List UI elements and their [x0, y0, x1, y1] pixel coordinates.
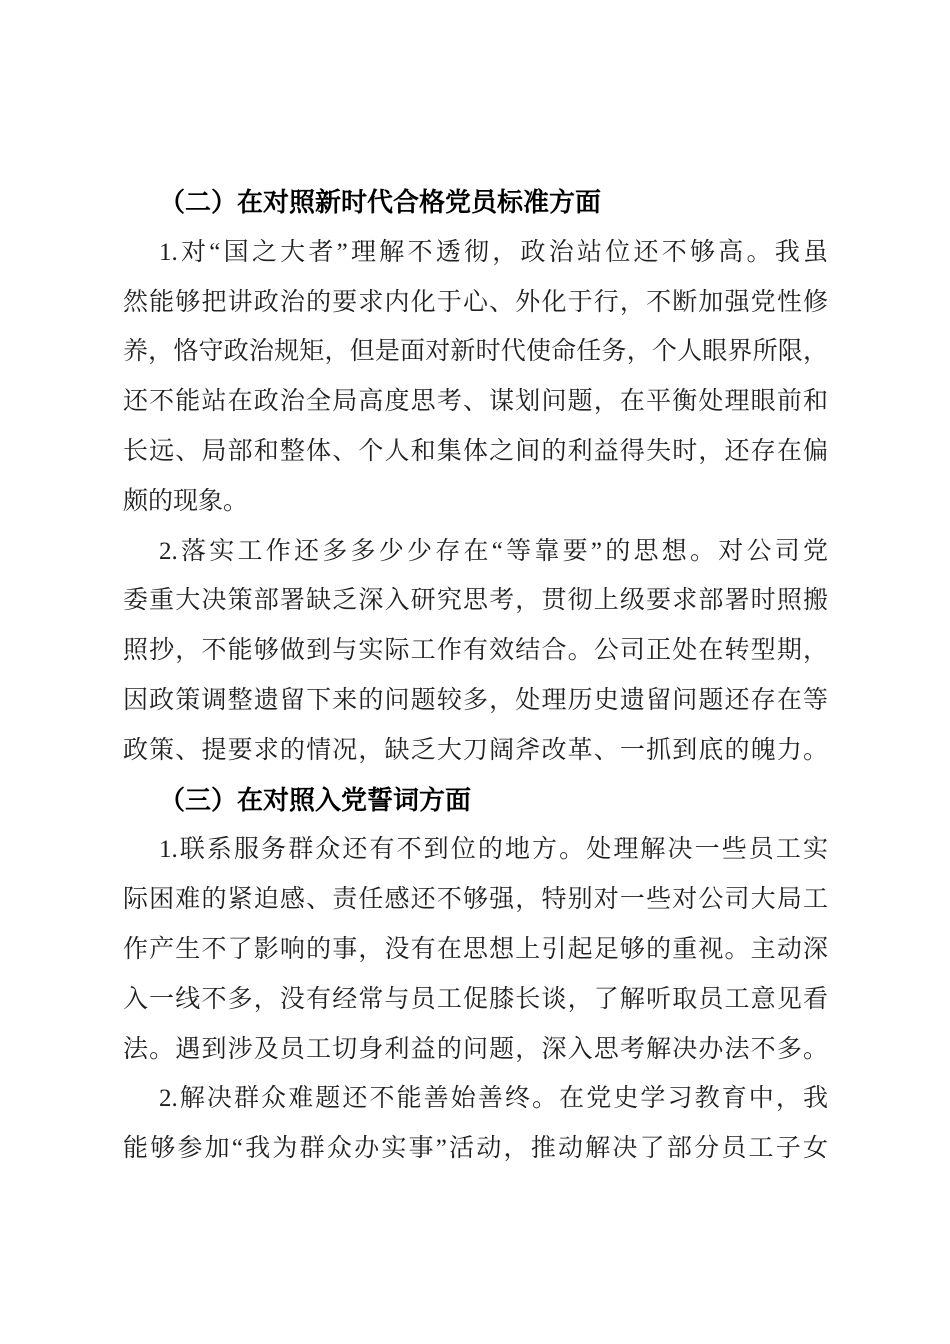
- text-line: 还不能站在政治全局高度思考、谋划问题，在平衡处理眼前和: [123, 377, 828, 427]
- text-line: 入一线不多，没有经常与员工促膝长谈，了解听取员工意见看: [123, 975, 828, 1025]
- text-line: 法。遇到涉及员工切身利益的问题，深入思考解决办法不多。: [123, 1025, 828, 1075]
- section-heading: （三）在对照入党誓词方面: [123, 776, 828, 826]
- text-line: 养，恪守政治规矩，但是面对新时代使命任务，个人眼界所限，: [123, 327, 828, 377]
- text-line: 1.联系服务群众还有不到位的地方。处理解决一些员工实: [123, 825, 828, 875]
- text-line: 能够参加“我为群众办实事”活动，推动解决了部分员工子女: [123, 1124, 828, 1174]
- text-line: 照抄，不能够做到与实际工作有效结合。公司正处在转型期，: [123, 626, 828, 676]
- text-line: 1.对“国之大者”理解不透彻，政治站位还不够高。我虽: [123, 228, 828, 278]
- text-line: 作产生不了影响的事，没有在思想上引起足够的重视。主动深: [123, 925, 828, 975]
- text-line: 因政策调整遗留下来的问题较多，处理历史遗留问题还存在等: [123, 676, 828, 726]
- text-line: 2.落实工作还多多少少存在“等靠要”的思想。对公司党: [123, 527, 828, 577]
- text-line: 颇的现象。: [123, 477, 828, 527]
- text-line: 然能够把讲政治的要求内化于心、外化于行，不断加强党性修: [123, 278, 828, 328]
- document-body: （二）在对照新时代合格党员标准方面1.对“国之大者”理解不透彻，政治站位还不够高…: [123, 178, 828, 1174]
- text-line: 际困难的紧迫感、责任感还不够强，特别对一些对公司大局工: [123, 875, 828, 925]
- document-page: （二）在对照新时代合格党员标准方面1.对“国之大者”理解不透彻，政治站位还不够高…: [0, 0, 950, 1344]
- text-line: 2.解决群众难题还不能善始善终。在党史学习教育中，我: [123, 1074, 828, 1124]
- section-heading: （二）在对照新时代合格党员标准方面: [123, 178, 828, 228]
- text-line: 政策、提要求的情况，缺乏大刀阔斧改革、一抓到底的魄力。: [123, 726, 828, 776]
- text-line: 委重大决策部署缺乏深入研究思考，贯彻上级要求部署时照搬: [123, 576, 828, 626]
- text-line: 长远、局部和整体、个人和集体之间的利益得失时，还存在偏: [123, 427, 828, 477]
